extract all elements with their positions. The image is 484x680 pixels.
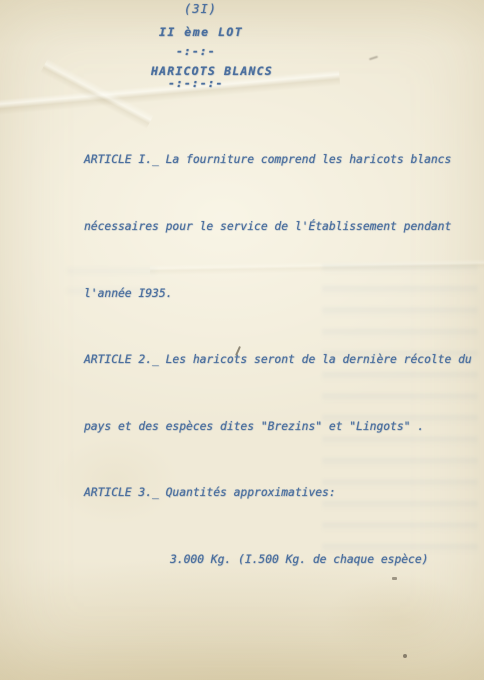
body-line: nécessaires pour le service de l'Établis… (84, 216, 464, 238)
body-line: l'année I935. (84, 283, 464, 305)
body-text: ARTICLE I._ La fourniture comprend les h… (84, 105, 464, 616)
body-line: 3.000 Kg. (I.500 Kg. de chaque espèce) (84, 549, 464, 571)
body-line: ARTICLE 3._ Quantités approximatives: (84, 482, 464, 504)
body-line: pays et des espèces dites "Brezins" et "… (84, 416, 464, 438)
ink-speck (403, 654, 407, 658)
scanned-document-page: (3I) II ème LOT -:-:- HARICOTS BLANCS -:… (0, 0, 484, 680)
body-line: ARTICLE 2._ Les haricots seront de la de… (84, 349, 464, 371)
ink-speck (392, 577, 397, 580)
lot-heading: II ème LOT (159, 25, 243, 39)
body-line: ARTICLE I._ La fourniture comprend les h… (84, 149, 464, 171)
pencil-smudge-mark (369, 56, 378, 61)
page-number: (3I) (184, 2, 217, 16)
separator-ornament: -:-:-:- (168, 76, 223, 90)
separator-ornament: -:-:- (176, 44, 216, 58)
